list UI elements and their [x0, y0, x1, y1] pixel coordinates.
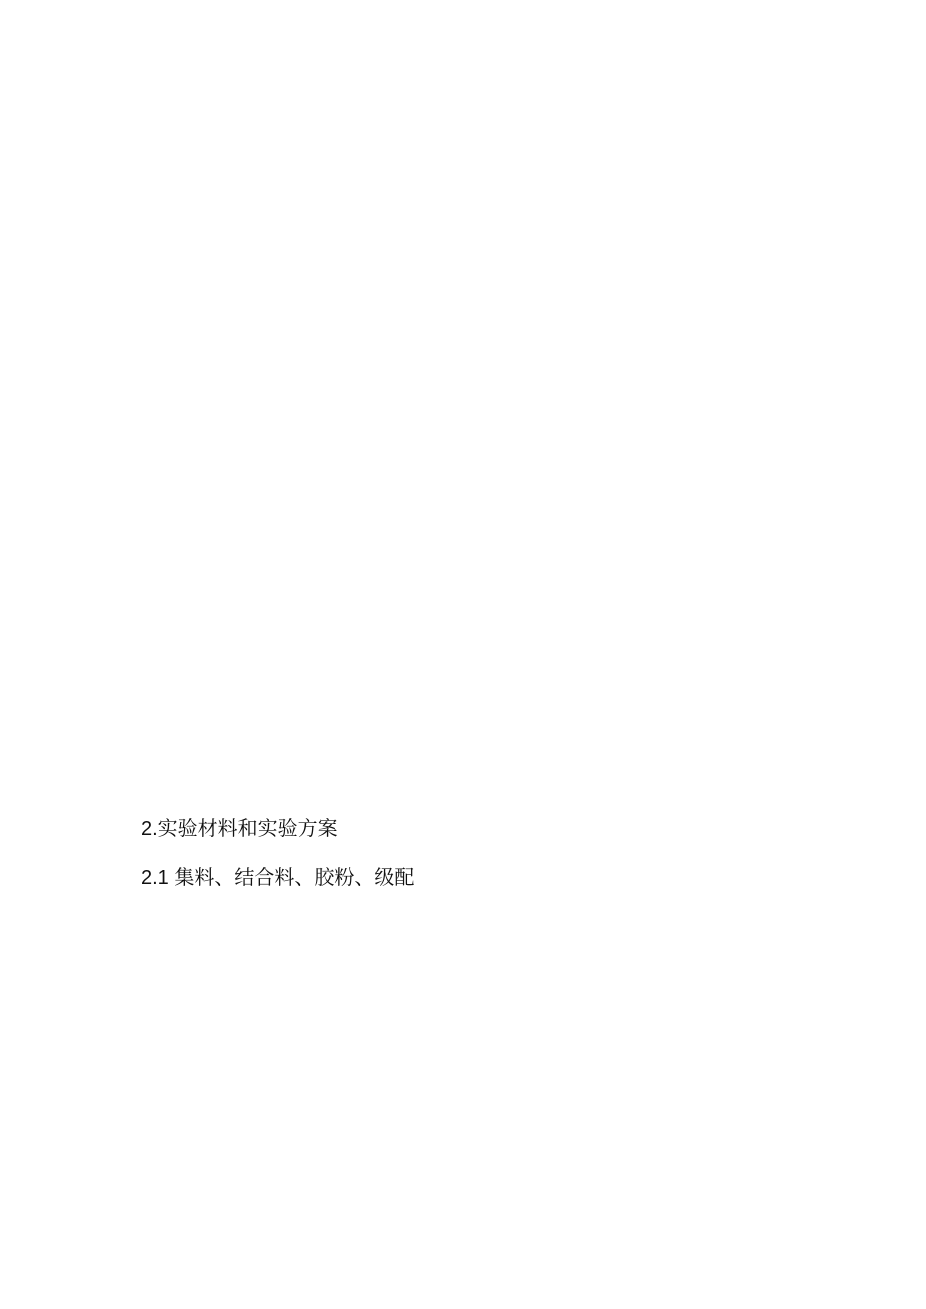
subsection-heading: 2.1 集料、结合料、胶粉、级配 [141, 864, 414, 892]
section-heading: 2.实验材料和实验方案 [141, 815, 338, 843]
